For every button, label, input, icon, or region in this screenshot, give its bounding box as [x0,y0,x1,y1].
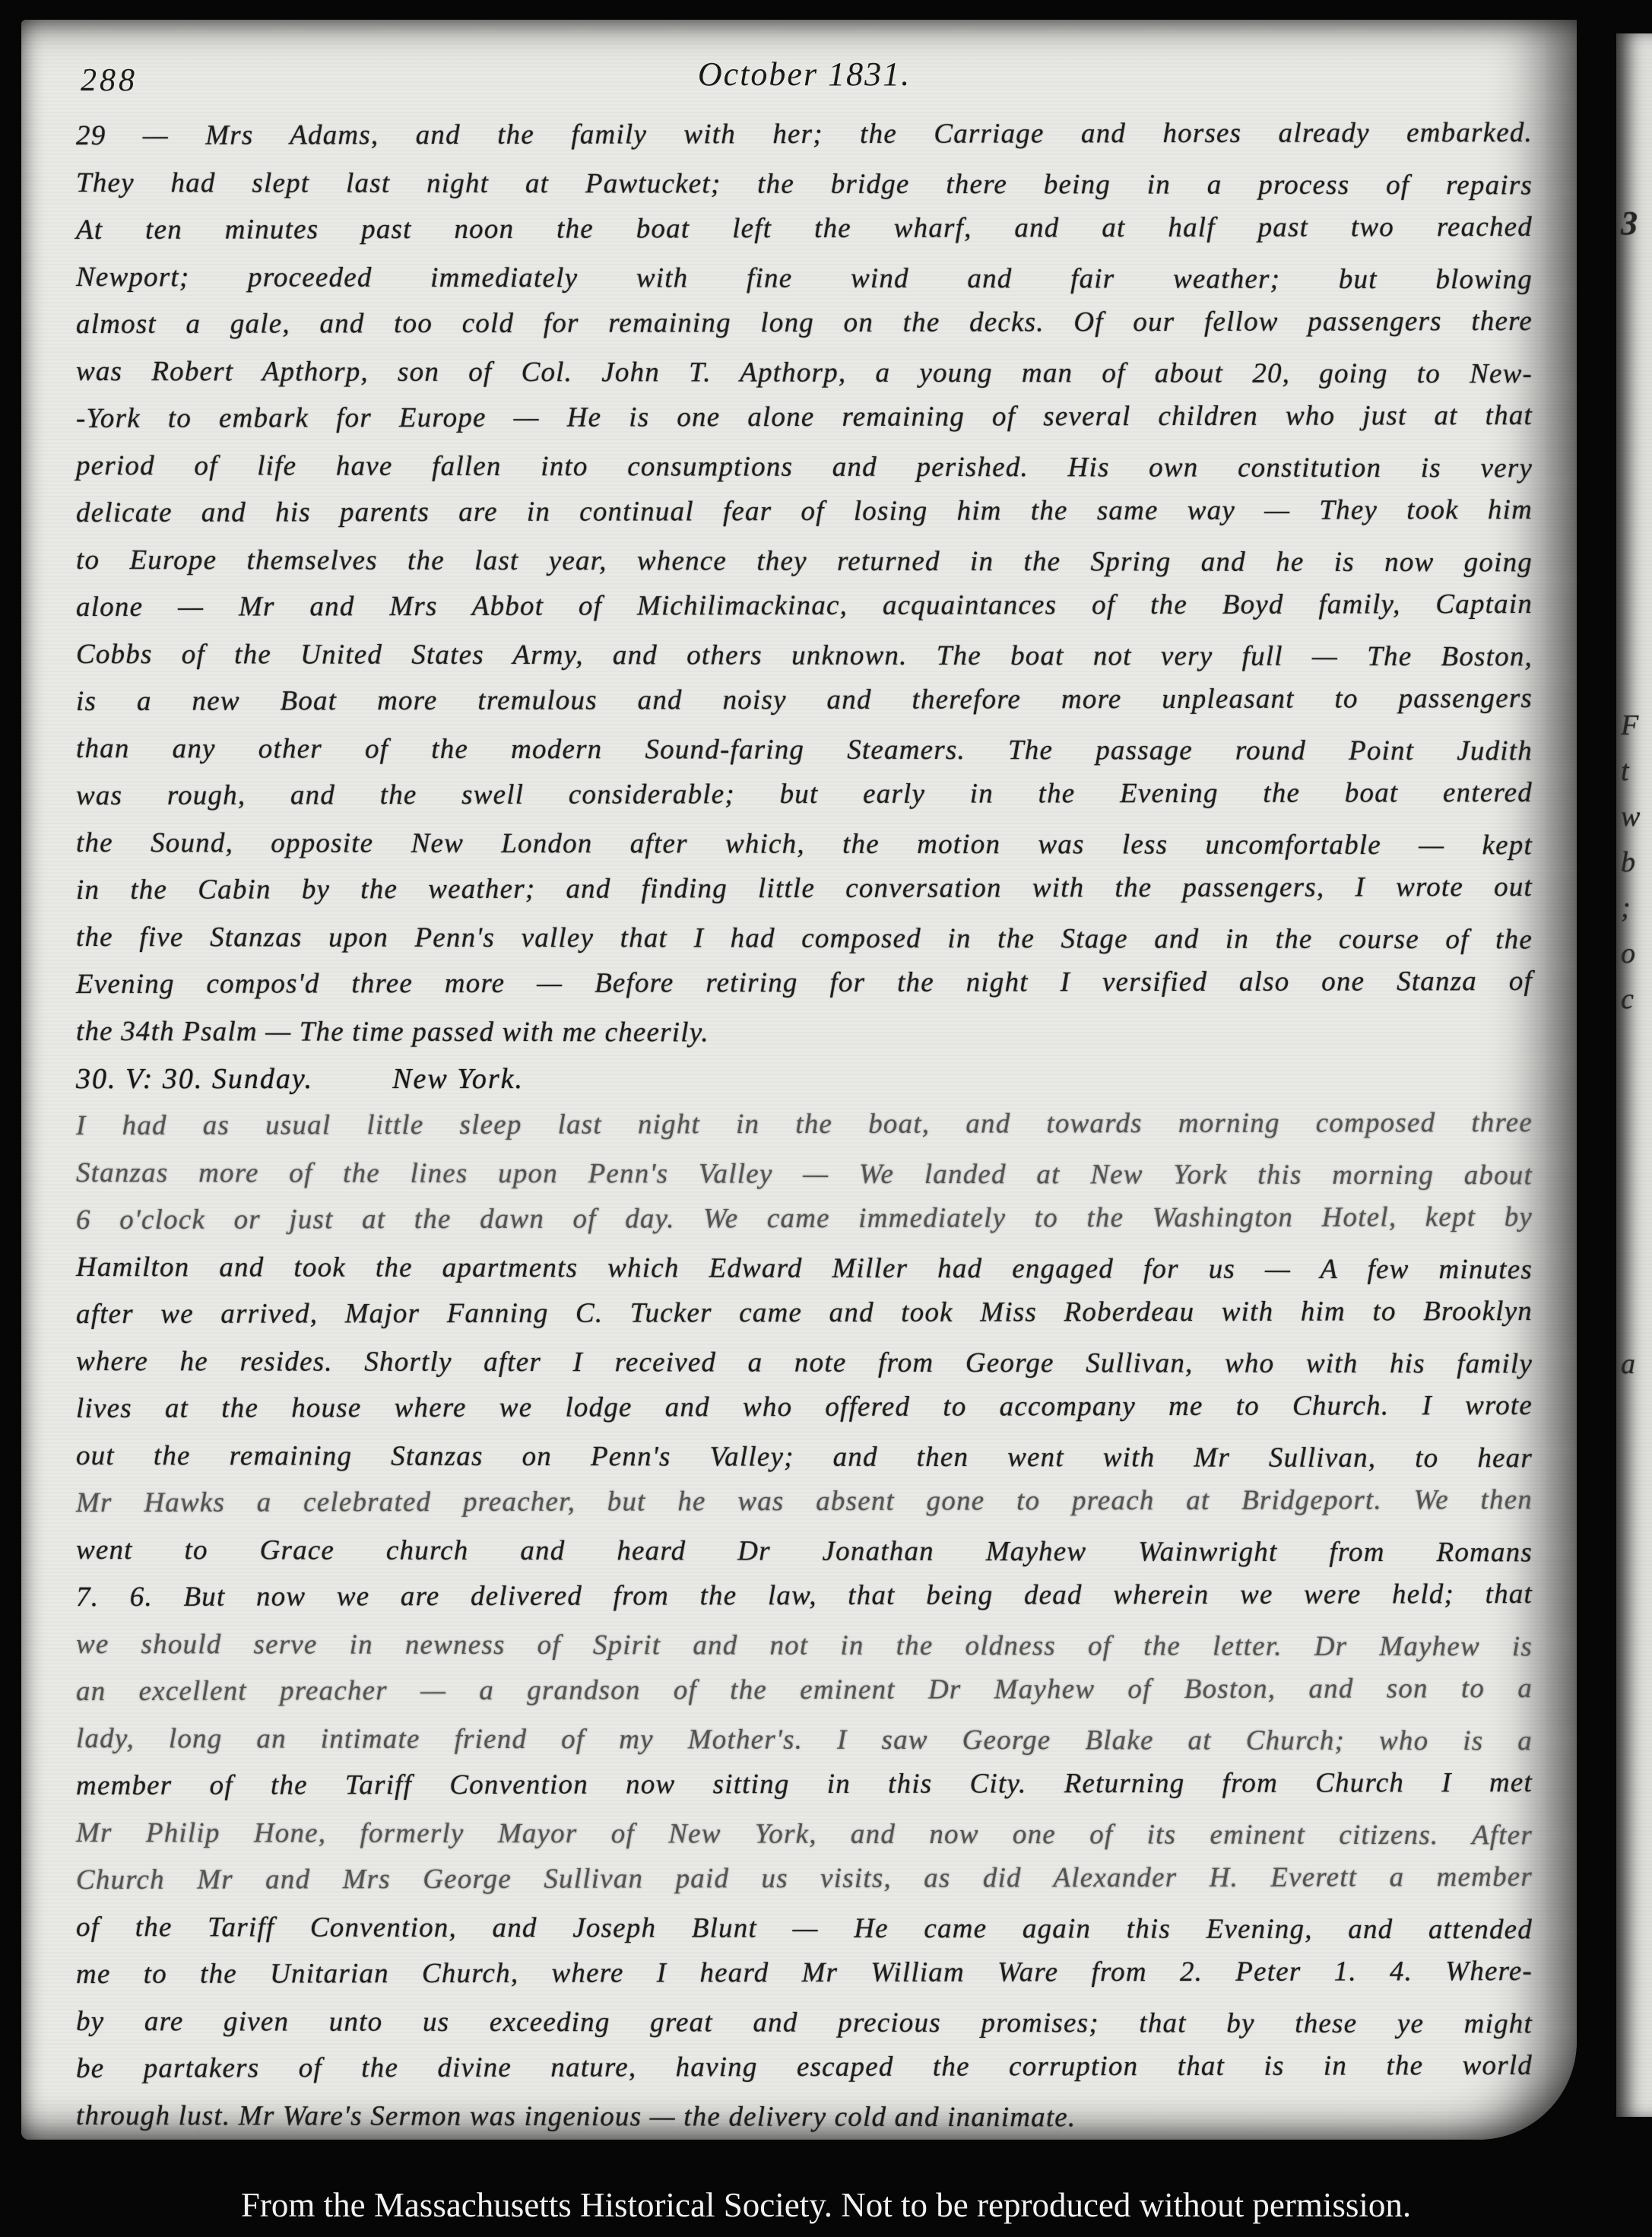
page-edge-fragment: b [1621,847,1652,877]
manuscript-line: went to Grace church and heard Dr Jonath… [76,1527,1533,1576]
page-edge-fragment: c [1621,984,1652,1014]
manuscript-line: They had slept last night at Pawtucket; … [76,160,1533,209]
entry-october-30-heading: 30. V: 30. Sunday.New York. [76,1055,1533,1103]
manuscript-line: out the remaining Stanzas on Penn's Vall… [76,1433,1533,1482]
manuscript-line: of the Tariff Convention, and Joseph Blu… [76,1904,1533,1953]
manuscript-line: in the Cabin by the weather; and finding… [76,864,1533,914]
manuscript-page: 288 October 1831. 29 — Mrs Adams, and th… [21,20,1577,2140]
manuscript-line: almost a gale, and too cold for remainin… [76,298,1533,348]
manuscript-line: 6 o'clock or just at the dawn of day. We… [76,1194,1533,1244]
manuscript-line: than any other of the modern Sound-farin… [76,725,1533,775]
manuscript-line: 29 — Mrs Adams, and the family with her;… [76,109,1533,160]
manuscript-line: by are given unto us exceeding great and… [76,1998,1533,2048]
manuscript-line: -York to embark for Europe — He is one a… [76,392,1533,443]
entry-date-time: 30. V: 30. Sunday. [76,1063,313,1095]
manuscript-line: lady, long an intimate friend of my Moth… [76,1715,1533,1765]
manuscript-line: member of the Tariff Convention now sitt… [76,1759,1533,1810]
manuscript-line: lives at the house where we lodge and wh… [76,1382,1533,1433]
footer-credit: From the Massachusetts Historical Societ… [0,2185,1652,2225]
manuscript-line: an excellent preacher — a grandson of th… [76,1665,1533,1715]
manuscript-line: Stanzas more of the lines upon Penn's Va… [76,1150,1533,1199]
manuscript-line: is a new Boat more tremulous and noisy a… [76,675,1533,725]
manuscript-line: the five Stanzas upon Penn's valley that… [76,914,1533,963]
manuscript-line: Church Mr and Mrs George Sullivan paid u… [76,1854,1533,1904]
manuscript-line: me to the Unitarian Church, where I hear… [76,1948,1533,1998]
manuscript-line: Mr Hawks a celebrated preacher, but he w… [76,1477,1533,1527]
page-edge-fragment: ; [1621,893,1652,923]
manuscript-content: 288 October 1831. 29 — Mrs Adams, and th… [76,50,1533,2140]
manuscript-line: period of life have fallen into consumpt… [76,443,1533,492]
manuscript-line: Newport; proceeded immediately with fine… [76,254,1533,303]
manuscript-line: the Sound, opposite New London after whi… [76,820,1533,869]
manuscript-line: alone — Mr and Mrs Abbot of Michilimacki… [76,581,1533,631]
page-header: 288 October 1831. [76,50,1533,113]
manuscript-line: was rough, and the swell considerable; b… [76,769,1533,820]
manuscript-line: 7. 6. But now we are delivered from the … [76,1571,1533,1621]
manuscript-line: we should serve in newness of Spirit and… [76,1621,1533,1671]
manuscript-line: Mr Philip Hone, formerly Mayor of New Yo… [76,1810,1533,1859]
manuscript-line: the 34th Psalm — The time passed with me… [76,1008,1533,1058]
month-header: October 1831. [76,55,1533,94]
entry-october-30: I had as usual little sleep last night i… [76,1103,1533,2140]
manuscript-line: to Europe themselves the last year, when… [76,537,1533,586]
next-page-edge: 3Ftwb;oca [1616,33,1652,2117]
page-edge-fragment: 3 [1621,208,1652,239]
manuscript-line: Cobbs of the United States Army, and oth… [76,631,1533,681]
manuscript-line: Evening compos'd three more — Before ret… [76,958,1533,1008]
manuscript-line: where he resides. Shortly after I receiv… [76,1338,1533,1388]
entry-october-29: 29 — Mrs Adams, and the family with her;… [76,113,1533,1055]
manuscript-line: delicate and his parents are in continua… [76,487,1533,537]
manuscript-line: I had as usual little sleep last night i… [76,1099,1533,1150]
page-edge-fragment: w [1621,801,1652,832]
manuscript-line: after we arrived, Major Fanning C. Tucke… [76,1288,1533,1338]
page-edge-fragment: t [1621,756,1652,786]
page-edge-fragment: a [1621,1349,1652,1379]
manuscript-line: through lust. Mr Ware's Sermon was ingen… [76,2093,1533,2140]
manuscript-line: Hamilton and took the apartments which E… [76,1244,1533,1293]
manuscript-line: At ten minutes past noon the boat left t… [76,204,1533,254]
manuscript-line: be partakers of the divine nature, havin… [76,2042,1533,2093]
page-edge-fragment: o [1621,938,1652,969]
page-edge-fragment: F [1621,710,1652,741]
entry-place: New York. [392,1063,524,1095]
manuscript-line: was Robert Apthorp, son of Col. John T. … [76,348,1533,398]
